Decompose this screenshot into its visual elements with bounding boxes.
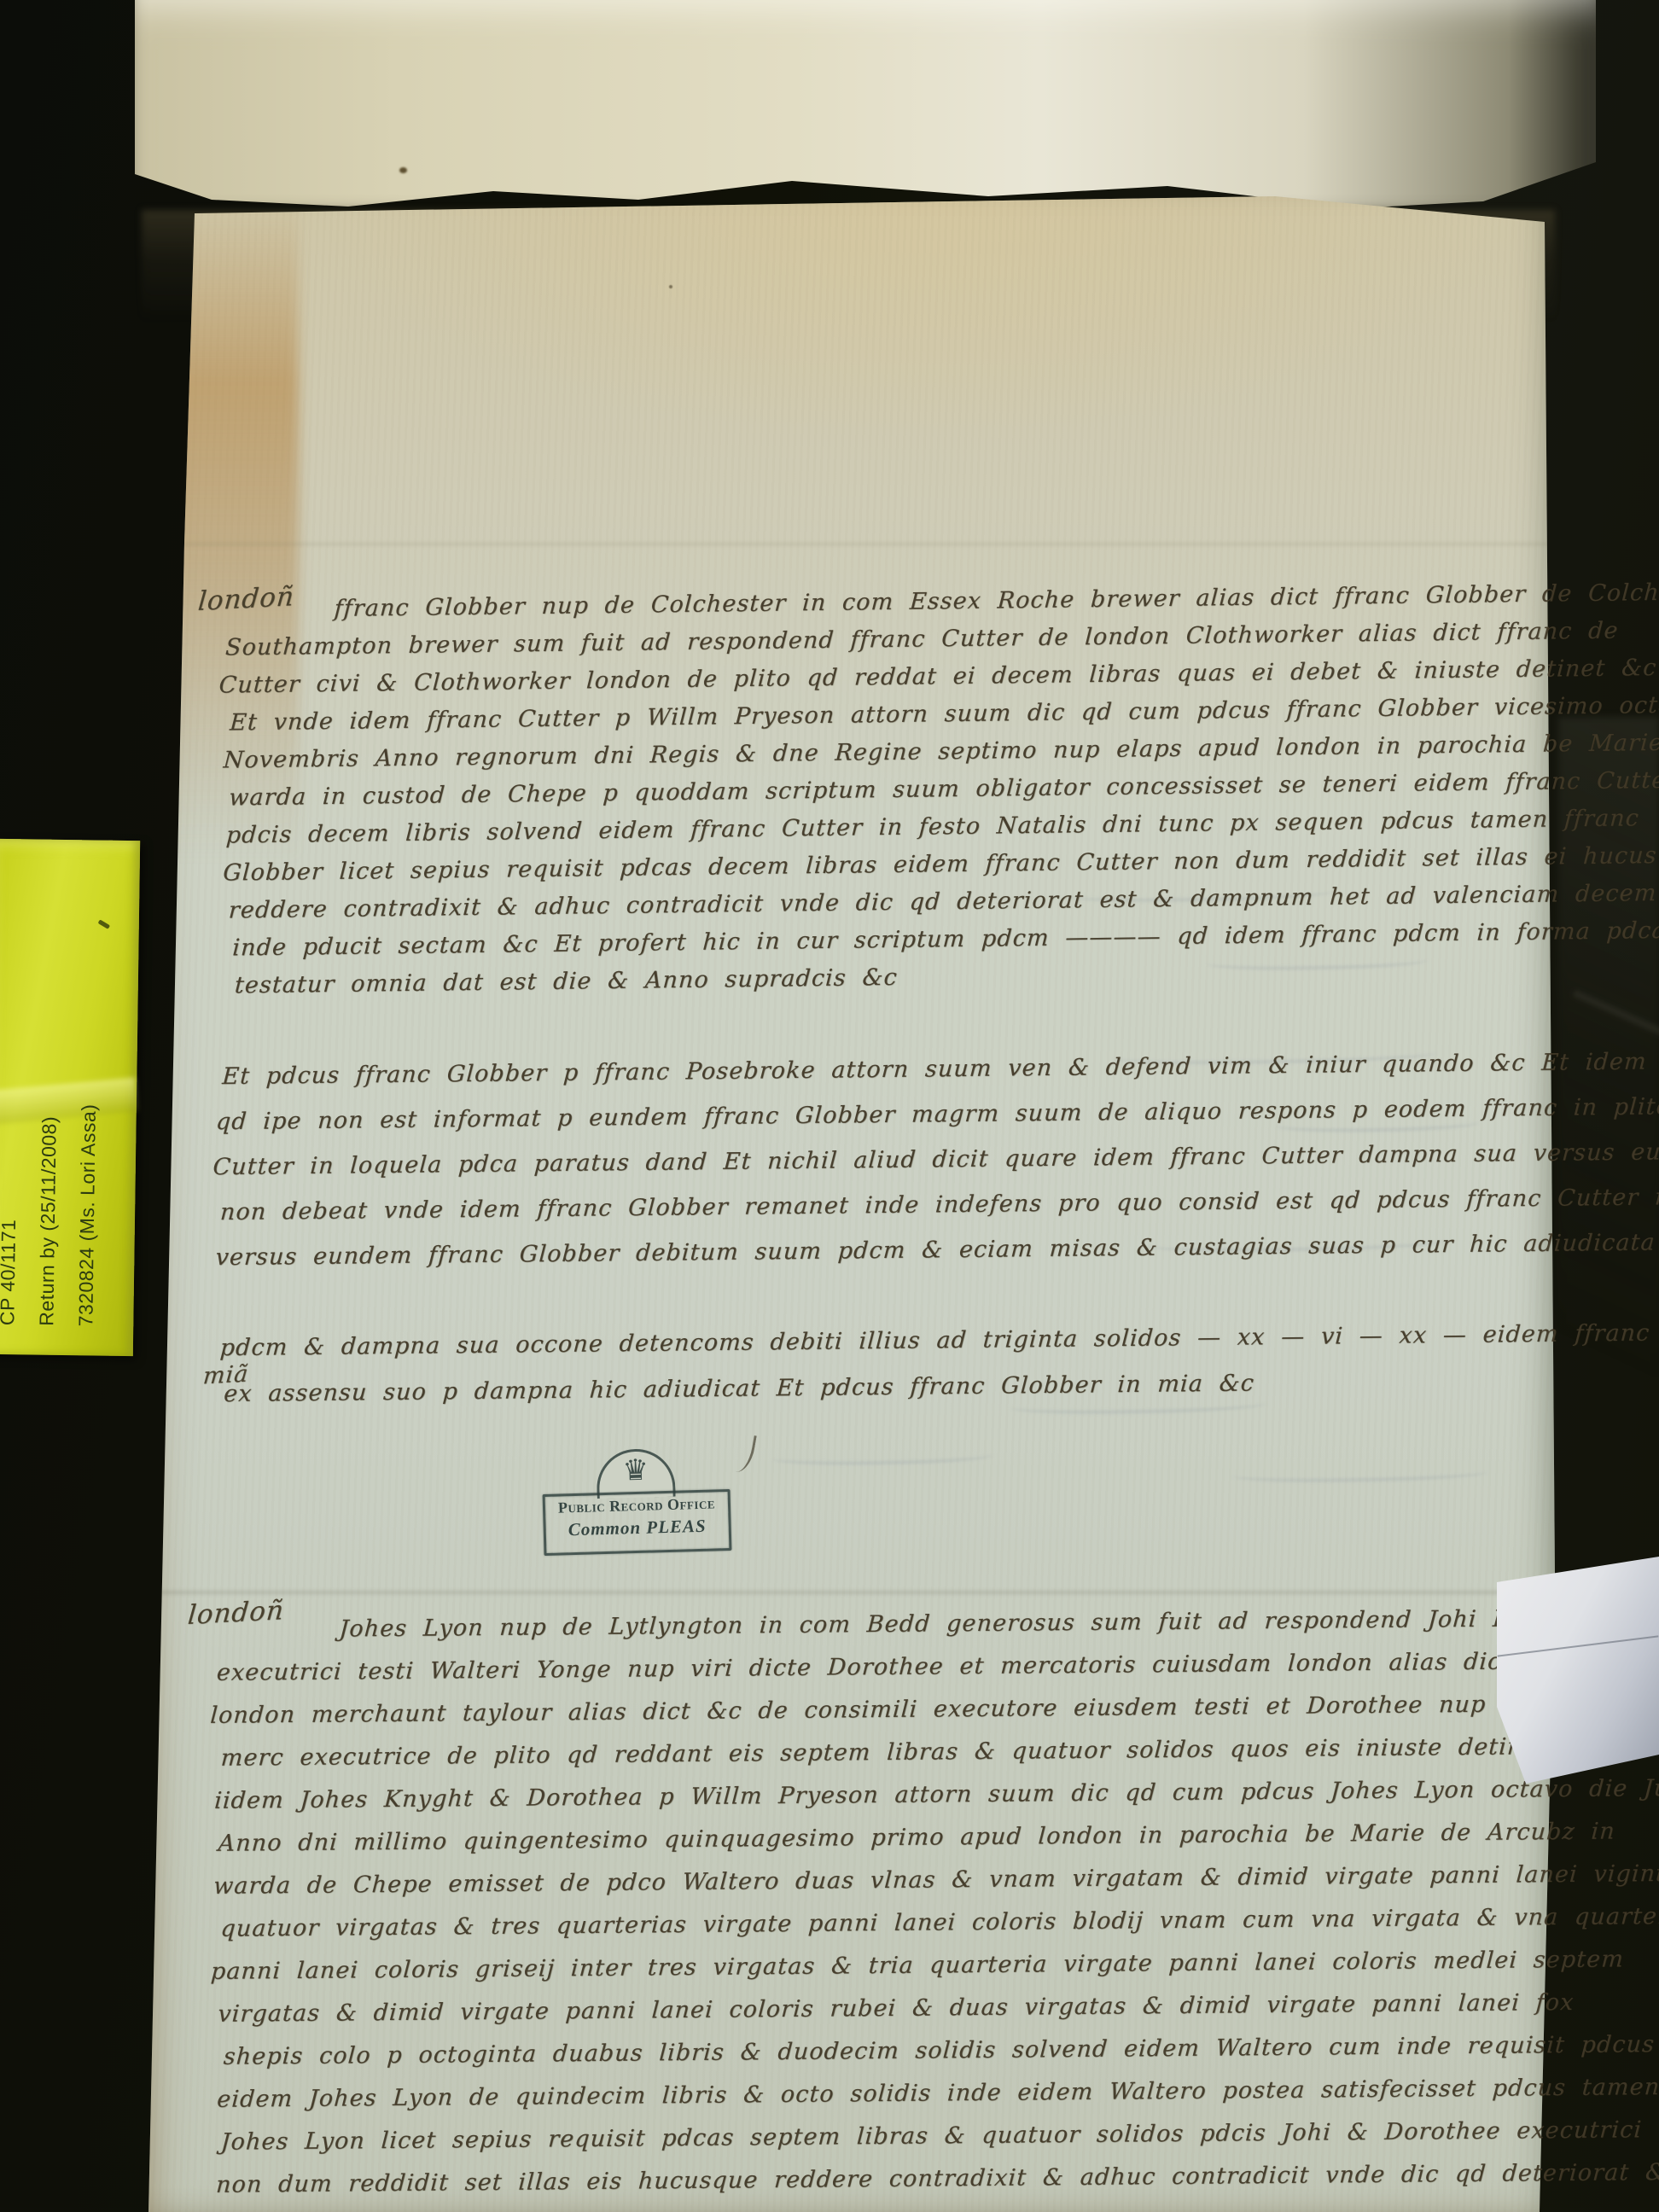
paper-fold-line	[1498, 1635, 1659, 1656]
manuscript-line: executrici testi Walteri Yonge nup viri …	[215, 1646, 1659, 1696]
yellow-sticky-note: 7320824 CP 40/1171 Return by (25/11/2008…	[0, 839, 140, 1356]
manuscript-line: eidem Johes Lyon de quindecim libris & o…	[216, 2074, 1659, 2122]
manuscript-line: iidem Johes Knyght & Dorothea p Willm Pr…	[213, 1775, 1659, 1824]
manuscript-line: shepis colo p octoginta duabus libris & …	[222, 2031, 1656, 2080]
manuscript-line: testatur omnia dat est die & Anno suprad…	[233, 964, 898, 1009]
ink-speck	[669, 285, 672, 288]
manuscript-line: Johes Lyon licet sepius requisit pdcas s…	[219, 2116, 1643, 2165]
entry1-paragraph2: Et pdcus ffranc Globber p ffranc Posebro…	[213, 1050, 1548, 1422]
entry2-paragraph: Johes Lyon nup de Lytlyngton in com Bedd…	[211, 1605, 1551, 2212]
manuscript-line: non dum reddidit set illas eis hucusque …	[215, 2159, 1659, 2208]
crown-icon: ♛	[598, 1452, 672, 1488]
ink-speck	[399, 167, 407, 173]
folded-parchment-membrane	[135, 0, 1596, 222]
crease-line	[140, 543, 1557, 545]
sticky-note-reference: CP 40/1171	[0, 1220, 20, 1326]
manuscript-line: qd ipe non est informat p eundem ffranc …	[214, 1091, 1659, 1144]
manuscript-line: pdcm & dampna sua occone detencoms debit…	[218, 1318, 1659, 1371]
manuscript-line: warda de Chepe emisset de pdco Waltero d…	[212, 1860, 1659, 1909]
manuscript-line: Cutter in loquela pdca paratus dand Et n…	[212, 1138, 1659, 1190]
manuscript-line: london merchaunt taylour alias dict &c d…	[209, 1689, 1659, 1738]
sticky-note-return-by: Return by (25/11/2008)	[35, 1116, 61, 1326]
sticky-note-barcode-user: 7320824 (Ms. Lori Assa)	[74, 1103, 101, 1326]
crease-line	[140, 1591, 1557, 1594]
white-paper-corner	[1497, 1557, 1659, 1784]
manuscript-line: quatuor virgatas & tres quarterias virga…	[219, 1903, 1659, 1952]
manuscript-line: merc executrice de plito qd reddant eis …	[219, 1732, 1659, 1781]
public-record-office-stamp: ♛ Public Record Office Common PLEAS	[542, 1460, 732, 1552]
sticky-note-pen-mark	[98, 919, 111, 928]
manuscript-line: versus eundem ffranc Globber debitum suu…	[214, 1229, 1659, 1280]
manuscript-photo: londoñ miã londoñ ffranc Globber nup de …	[0, 0, 1659, 2212]
manuscript-line: Anno dni millimo quingentesimo quinquage…	[217, 1818, 1616, 1866]
entry1-paragraph1: ffranc Globber nup de Colchester in com …	[221, 580, 1557, 1023]
sticky-note-crease	[0, 1077, 137, 1124]
manuscript-line: ex assensu suo p dampna hic adiudicat Et…	[223, 1370, 1255, 1417]
manuscript-line: panni lanei coloris griseij inter tres v…	[209, 1946, 1625, 1994]
manuscript-line: non debeat vnde idem ffranc Globber rema…	[218, 1183, 1659, 1235]
manuscript-line: virgatas & dimid virgate panni lanei col…	[217, 1989, 1575, 2037]
